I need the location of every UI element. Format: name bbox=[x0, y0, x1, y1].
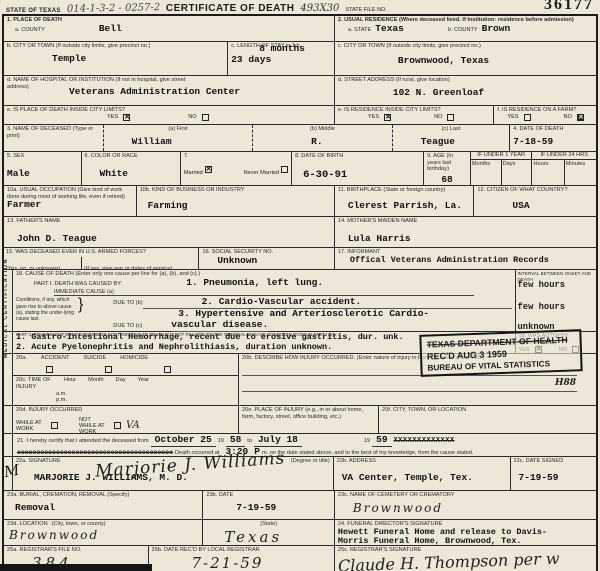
middle-name-label: (b) Middle bbox=[256, 126, 389, 133]
occupation-label: 10a. USUAL OCCUPATION (Give kind of work… bbox=[7, 187, 133, 200]
row-parents: 13. FATHER'S NAME John D. Teague 14. MOT… bbox=[4, 217, 596, 248]
margin-scribble: M bbox=[3, 461, 21, 481]
place-limits-no-label: NO bbox=[188, 114, 196, 120]
cert-to-date: July 18 bbox=[254, 435, 302, 447]
last-name-value: Teague bbox=[421, 137, 507, 148]
age-label: 9. AGE (In years last birthday) bbox=[427, 153, 467, 173]
day-col-label: Day bbox=[116, 377, 126, 390]
field-mother-name: 14. MOTHER'S MAIDEN NAME Lula Harris bbox=[335, 217, 596, 247]
residence-city-value: Brownwood, Texas bbox=[398, 56, 593, 67]
field-if-under-1-year: IF UNDER 1 YEAR Months Days bbox=[471, 152, 533, 185]
never-married-checkbox bbox=[281, 166, 288, 173]
immediate-cause-label: IMMEDIATE CAUSE (a) bbox=[54, 289, 474, 297]
field-accident-suicide-homicide: 20a. ACCIDENT SUICIDE HOMICIDE bbox=[13, 354, 238, 376]
armed-forces-label: 15. WAS DECEASED EVER IN U.S. ARMED FORC… bbox=[4, 248, 198, 257]
field-street-address: d. STREET ADDRESS (If rural, give locati… bbox=[335, 76, 596, 105]
homicide-checkbox bbox=[164, 366, 171, 373]
crossed-out-text: XXXXXXXXXXXXX bbox=[394, 437, 455, 445]
conditions-note: Conditions, if any, which gave rise to a… bbox=[16, 297, 78, 332]
row-location-director: 23d. LOCATION (City, town, or county) Br… bbox=[4, 520, 596, 546]
marital-label: 7. bbox=[184, 153, 288, 160]
cert-text-after: m. on the date stated above, and to the … bbox=[262, 450, 473, 456]
field-usual-residence: 2. USUAL RESIDENCE (Where deceased lived… bbox=[335, 16, 596, 41]
part1-label: PART I. DEATH WAS CAUSED BY: bbox=[34, 281, 122, 288]
time-of-injury-label: 20c. TIME OF INJURY bbox=[16, 377, 52, 390]
burial-state-value-handwritten: Texas bbox=[224, 528, 331, 545]
state-file-no-label: STATE FILE NO. bbox=[345, 7, 386, 13]
burial-type-value: Removal bbox=[15, 503, 199, 514]
field-marital-status: 7. Married✕ Never Married Widowed Divorc… bbox=[181, 152, 292, 185]
age-value: 68 bbox=[427, 175, 467, 185]
months-label: Months bbox=[471, 160, 502, 185]
state-file-no-value: 36177 bbox=[544, 0, 594, 14]
place-of-injury-label: 20e. PLACE OF INJURY (e.g., in or about … bbox=[242, 407, 375, 420]
farm-label: f. IS RESIDENCE ON A FARM? bbox=[497, 107, 593, 114]
field-ssn: 16. SOCIAL SECURITY NO. Unknown bbox=[199, 248, 335, 269]
sex-value: Male bbox=[7, 169, 78, 180]
hour-col-label: Hour bbox=[64, 377, 76, 390]
field-sex: 5. SEX Male bbox=[4, 152, 82, 185]
address-label: 22b. ADDRESS bbox=[337, 458, 507, 465]
field-cemetery: 23c. NAME OF CEMETERY OR CREMATORY Brown… bbox=[335, 491, 596, 519]
days-label: Days bbox=[502, 160, 532, 185]
due-to-c-label: DUE TO (c) bbox=[113, 323, 142, 330]
field-informant: 17. INFORMANT Offical Veterans Administr… bbox=[335, 248, 596, 269]
certificate-title: CERTIFICATE OF DEATH bbox=[166, 3, 295, 14]
field-first-name: (a) First William bbox=[104, 125, 253, 151]
physician-address-value: VA Center, Temple, Tex. bbox=[342, 473, 507, 484]
birthplace-label: 11. BIRTHPLACE (State or foreign country… bbox=[338, 187, 471, 194]
farm-no-label: NO bbox=[564, 114, 572, 120]
field-age: 9. AGE (In years last birthday) 68 bbox=[424, 152, 471, 185]
place-section-label: 1. PLACE OF DEATH bbox=[7, 17, 331, 24]
month-col-label: Month bbox=[88, 377, 104, 390]
scan-artifact-bar bbox=[0, 564, 152, 571]
am-label: a.m. bbox=[56, 391, 235, 398]
hospital-value: Veterans Administration Center bbox=[69, 87, 331, 98]
father-label: 13. FATHER'S NAME bbox=[7, 218, 331, 225]
field-length-of-stay: c. LENGTH OF STAY in 1 b 8 months 23 day… bbox=[228, 42, 335, 75]
cemetery-label: 23c. NAME OF CEMETERY OR CREMATORY bbox=[338, 492, 593, 499]
date-signed-value: 7-19-59 bbox=[519, 473, 593, 484]
field-race: 6. COLOR OR RACE White bbox=[82, 152, 181, 185]
location-sub-label: (City, town, or county) bbox=[52, 521, 106, 528]
field-place-of-injury: 20e. PLACE OF INJURY (e.g., in or about … bbox=[239, 406, 379, 433]
minutes-label: Minutes bbox=[565, 160, 596, 185]
first-name-label: (a) First bbox=[107, 126, 249, 133]
residence-limits-label: e. IS RESIDENCE INSIDE CITY LIMITS? bbox=[338, 107, 490, 114]
death-certificate-scan: STATE OF TEXAS 014-1-3-2 - 0257-2 CERTIF… bbox=[0, 0, 600, 571]
handwritten-note: 493X30 bbox=[300, 3, 339, 14]
due-to-b-label: DUE TO (b) bbox=[113, 300, 142, 307]
field-registrar-signature: 25c. REGISTRAR'S SIGNATURE Claude H. Tho… bbox=[335, 546, 596, 571]
not-while-at-work-label: NOT WHILE AT WORK bbox=[79, 417, 109, 433]
location-label: 23d. LOCATION bbox=[7, 521, 48, 528]
not-while-at-work-checkbox bbox=[114, 422, 121, 429]
field-armed-forces: 15. WAS DECEASED EVER IN U.S. ARMED FORC… bbox=[4, 248, 199, 269]
race-label: 6. COLOR OR RACE bbox=[85, 153, 177, 160]
date-signed-label: 22c. DATE SIGNED bbox=[514, 458, 593, 465]
cert-number: 21. bbox=[17, 438, 25, 445]
handwritten-code: 014-1-3-2 - 0257-2 bbox=[67, 2, 160, 15]
field-name-section: 3. NAME OF DECEASED (Type or print) bbox=[4, 125, 104, 151]
business-value: Farming bbox=[148, 201, 331, 212]
row-city-stay: b. CITY OR TOWN (If outside city limits,… bbox=[4, 42, 596, 76]
stay-value-2: 23 days bbox=[231, 55, 331, 66]
field-burial-type: 23a. BURIAL, CREMATION, REMOVAL (Specify… bbox=[4, 491, 203, 519]
location-value-handwritten: Brownwood bbox=[9, 528, 199, 542]
row-place-residence: 1. PLACE OF DEATH a. COUNTY Bell 2. USUA… bbox=[4, 16, 596, 42]
place-city-value: Temple bbox=[52, 54, 224, 65]
business-label: 10b. KIND OF BUSINESS OR INDUSTRY bbox=[140, 187, 331, 194]
citizen-label: 12. CITIZEN OF WHAT COUNTRY? bbox=[477, 187, 593, 194]
field-date-of-birth: 8. DATE OF BIRTH 6-30-91 bbox=[292, 152, 424, 185]
field-business: 10b. KIND OF BUSINESS OR INDUSTRY Farmin… bbox=[137, 186, 335, 216]
medical-margin-spacer bbox=[4, 354, 13, 405]
county-value: Bell bbox=[99, 24, 122, 35]
residence-limits-no-checkbox bbox=[447, 114, 454, 121]
farm-yes-label: YES bbox=[507, 114, 518, 120]
county-label: a. COUNTY bbox=[15, 27, 45, 34]
dob-value: 6-30-91 bbox=[303, 169, 420, 181]
field-middle-name: (b) Middle R. bbox=[253, 125, 393, 151]
field-if-under-24-hrs: IF UNDER 24 HRS Hours Minutes bbox=[532, 152, 596, 185]
field-funeral-director: 24. FUNERAL DIRECTOR'S SIGNATURE Hewett … bbox=[335, 520, 596, 545]
burial-date-label: 23b. DATE bbox=[206, 492, 331, 499]
registrar-file-label: 25a. REGISTRAR'S FILE NO. bbox=[7, 547, 145, 554]
while-at-work-checkbox bbox=[51, 422, 58, 429]
race-value: White bbox=[100, 169, 177, 180]
medical-margin-spacer bbox=[4, 406, 13, 433]
injury-20a-label: 20a. bbox=[16, 355, 27, 362]
suicide-label: SUICIDE bbox=[83, 355, 106, 362]
mother-value: Lula Harris bbox=[348, 234, 593, 245]
pm-label: p.m. bbox=[56, 397, 235, 404]
under-24-hrs-label: IF UNDER 24 HRS bbox=[532, 152, 596, 160]
row-cause-of-death: 18. CAUSE OF DEATH (Enter only one cause… bbox=[4, 270, 596, 332]
place-limits-no-checkbox bbox=[202, 114, 209, 121]
field-injury-occurred: 20d. INJURY OCCURRED WHILE AT WORK NOT W… bbox=[13, 406, 239, 433]
field-time-of-injury: 20c. TIME OF INJURY Hour Month Day Year … bbox=[13, 376, 238, 405]
accident-label: ACCIDENT bbox=[41, 355, 70, 362]
cert-year-prefix-1: 19 bbox=[218, 438, 224, 445]
field-date-signed: 22c. DATE SIGNED 7-19-59 bbox=[511, 457, 596, 490]
hours-label: Hours bbox=[532, 160, 564, 185]
married-checkbox: ✕ bbox=[205, 166, 212, 173]
place-limits-label: e. IS PLACE OF DEATH INSIDE CITY LIMITS? bbox=[7, 107, 331, 114]
funeral-director-line2: Morris Funeral Home, Brownwood, Tex. bbox=[338, 537, 593, 545]
first-name-value: William bbox=[132, 137, 249, 148]
field-burial-state: (State) Texas bbox=[203, 520, 335, 545]
residence-limits-yes-label: YES bbox=[368, 114, 379, 120]
row-physician: 22a. SIGNATURE (Degree or title) MARJORI… bbox=[4, 457, 596, 491]
date-of-death-value: 7-18-59 bbox=[513, 137, 593, 148]
place-limits-yes-label: YES bbox=[107, 114, 118, 120]
cert-from-date: October 25 bbox=[151, 435, 216, 447]
cemetery-value-handwritten: Brownwood bbox=[353, 501, 593, 515]
armed-forces-sub2-label: (If yes, give war or dates of service) bbox=[84, 266, 172, 269]
ssn-value: Unknown bbox=[217, 256, 331, 267]
burial-date-value: 7-19-59 bbox=[236, 503, 331, 514]
row-injury-lower: 20d. INJURY OCCURRED WHILE AT WORK NOT W… bbox=[4, 406, 596, 434]
interval-a-value: few hours bbox=[518, 280, 594, 290]
field-birthplace: 11. BIRTHPLACE (State or foreign country… bbox=[335, 186, 475, 216]
cause-line-c2: vascular disease. bbox=[171, 320, 268, 332]
field-father-name: 13. FATHER'S NAME John D. Teague bbox=[4, 217, 335, 247]
father-value: John D. Teague bbox=[17, 234, 331, 245]
field-cause-part1: 18. CAUSE OF DEATH (Enter only one cause… bbox=[13, 270, 516, 331]
field-last-name: (c) Last Teague bbox=[393, 125, 511, 151]
cause-line-a: 1. Pneumonia, left lung. bbox=[186, 278, 323, 289]
describe-injury-blank-line bbox=[242, 376, 577, 392]
injury-city-label: 20f. CITY, TOWN, OR LOCATION bbox=[382, 407, 591, 414]
field-injury-city: 20f. CITY, TOWN, OR LOCATION bbox=[379, 406, 594, 433]
injury-occurred-label: 20d. INJURY OCCURRED bbox=[16, 407, 235, 414]
last-name-label: (c) Last bbox=[396, 126, 507, 133]
burial-type-label: 23a. BURIAL, CREMATION, REMOVAL (Specify… bbox=[7, 492, 199, 499]
field-place-city: b. CITY OR TOWN (If outside city limits,… bbox=[4, 42, 228, 75]
under-1-year-label: IF UNDER 1 YEAR bbox=[471, 152, 532, 160]
cert-text-before: I hereby certify that I attended the dec… bbox=[27, 438, 149, 445]
residence-county-value: Brown bbox=[482, 24, 511, 35]
certificate-form: 1. PLACE OF DEATH a. COUNTY Bell 2. USUA… bbox=[2, 14, 598, 571]
accident-checkbox bbox=[46, 366, 53, 373]
row-city-limits: e. IS PLACE OF DEATH INSIDE CITY LIMITS?… bbox=[4, 106, 596, 125]
registrar-date-label: 25b. DATE REC'D BY LOCAL REGISTRAR bbox=[152, 547, 331, 554]
stamp-note: H88 bbox=[555, 378, 576, 388]
never-married-label: Never Married bbox=[244, 170, 279, 176]
date-of-death-label: 4. DATE OF DEATH bbox=[513, 126, 593, 133]
farm-yes-checkbox bbox=[524, 114, 531, 121]
certificate-header: STATE OF TEXAS 014-1-3-2 - 0257-2 CERTIF… bbox=[0, 0, 600, 14]
cert-to-label: to bbox=[247, 438, 252, 445]
field-residence-city-limits: e. IS RESIDENCE INSIDE CITY LIMITS? YES … bbox=[335, 106, 494, 124]
interval-b-value: few hours bbox=[518, 302, 594, 312]
citizen-value: USA bbox=[512, 201, 593, 212]
farm-no-checkbox: ✕ bbox=[577, 114, 584, 121]
received-stamp: TEXAS DEPARTMENT OF HEALTH REC'D AUG 3 1… bbox=[419, 329, 582, 377]
cause-line-b: 2. Cardio-Vascular accident. bbox=[202, 297, 362, 308]
sex-label: 5. SEX bbox=[7, 153, 78, 160]
medical-margin-spacer bbox=[4, 434, 13, 456]
row-occupation: 10a. USUAL OCCUPATION (Give kind of work… bbox=[4, 186, 596, 217]
birthplace-value: Clerest Parrish, La. bbox=[348, 201, 471, 212]
field-physician-address: 22b. ADDRESS VA Center, Temple, Tex. bbox=[334, 457, 511, 490]
middle-name-value: R. bbox=[311, 137, 389, 148]
field-residence-farm: f. IS RESIDENCE ON A FARM? YES NO ✕ bbox=[494, 106, 596, 124]
row-sex-race-dob: 5. SEX Male 6. COLOR OR RACE White 7. Ma… bbox=[4, 152, 596, 186]
residence-state-value: Texas bbox=[375, 24, 404, 35]
mother-label: 14. MOTHER'S MAIDEN NAME bbox=[338, 218, 593, 225]
armed-forces-sub1-label: (Yes, no, or unknown) bbox=[6, 266, 60, 269]
field-citizen: 12. CITIZEN OF WHAT COUNTRY? USA bbox=[474, 186, 596, 216]
signature-label: 22a. SIGNATURE bbox=[16, 458, 61, 465]
field-registrar-date: 25b. DATE REC'D BY LOCAL REGISTRAR 7-21-… bbox=[149, 546, 335, 571]
street-label: d. STREET ADDRESS (If rural, give locati… bbox=[338, 77, 593, 84]
suicide-checkbox bbox=[105, 366, 112, 373]
field-occupation: 10a. USUAL OCCUPATION (Give kind of work… bbox=[4, 186, 137, 216]
street-value: 102 N. Greenloaf bbox=[393, 88, 593, 99]
field-place-city-limits: e. IS PLACE OF DEATH INSIDE CITY LIMITS?… bbox=[4, 106, 335, 124]
row-certification: 21. I hereby certify that I attended the… bbox=[4, 434, 596, 457]
homicide-label: HOMICIDE bbox=[120, 355, 148, 362]
stay-value-1: 8 months bbox=[259, 44, 331, 55]
occupation-value: Farmer bbox=[7, 200, 133, 211]
field-burial-date: 23b. DATE 7-19-59 bbox=[203, 491, 335, 519]
row-service-informant: 15. WAS DECEASED EVER IN U.S. ARMED FORC… bbox=[4, 248, 596, 270]
married-label: Married bbox=[184, 170, 203, 176]
row-hospital-street: d. NAME OF HOSPITAL OR INSTITUTION (If n… bbox=[4, 76, 596, 106]
name-section-label: 3. NAME OF DECEASED (Type or print) bbox=[7, 126, 100, 139]
degree-label: (Degree or title) bbox=[291, 458, 330, 465]
cert-year-prefix-2: 19 bbox=[364, 438, 370, 445]
dob-label: 8. DATE OF BIRTH bbox=[295, 153, 420, 160]
field-date-of-death: 4. DATE OF DEATH 7-18-59 bbox=[510, 125, 596, 151]
informant-value: Offical Veterans Administration Records bbox=[350, 256, 593, 266]
residence-limits-no-label: NO bbox=[434, 114, 442, 120]
place-city-label: b. CITY OR TOWN (If outside city limits,… bbox=[7, 43, 224, 50]
row-name-dod: 3. NAME OF DECEASED (Type or print) (a) … bbox=[4, 125, 596, 152]
residence-state-label: a. STATE bbox=[348, 27, 371, 34]
field-intervals: INTERVAL BETWEEN ONSET AND DEATH few hou… bbox=[516, 270, 596, 331]
field-hospital: d. NAME OF HOSPITAL OR INSTITUTION (If n… bbox=[4, 76, 335, 105]
chain-artifact: oooooooooooooooooooooooooooooooooooooooo bbox=[17, 449, 173, 456]
burial-state-label: (State) bbox=[206, 521, 331, 528]
year-col-label: Year bbox=[138, 377, 149, 390]
place-limits-yes-checkbox: ✕ bbox=[123, 114, 130, 121]
field-place-of-death: 1. PLACE OF DEATH a. COUNTY Bell bbox=[4, 16, 335, 41]
row-burial: 23a. BURIAL, CREMATION, REMOVAL (Specify… bbox=[4, 491, 596, 520]
residence-city-label: c. CITY OR TOWN (If outside city limits,… bbox=[338, 43, 593, 50]
residence-limits-yes-checkbox: ✕ bbox=[384, 114, 391, 121]
field-residence-city: c. CITY OR TOWN (If outside city limits,… bbox=[335, 42, 596, 75]
registrar-date-value-handwritten: 7-21-59 bbox=[192, 554, 331, 571]
while-at-work-label: WHILE AT WORK bbox=[16, 420, 46, 432]
handwritten-va: VA bbox=[126, 420, 140, 431]
cert-to-year: 59 bbox=[372, 435, 391, 447]
medical-certification-vertical-label: MEDICAL CERTIFICATION bbox=[3, 258, 9, 358]
residence-county-label: b. COUNTY bbox=[448, 27, 478, 34]
field-burial-location: 23d. LOCATION (City, town, or county) Br… bbox=[4, 520, 203, 545]
field-certification-statement: 21. I hereby certify that I attended the… bbox=[13, 434, 596, 456]
